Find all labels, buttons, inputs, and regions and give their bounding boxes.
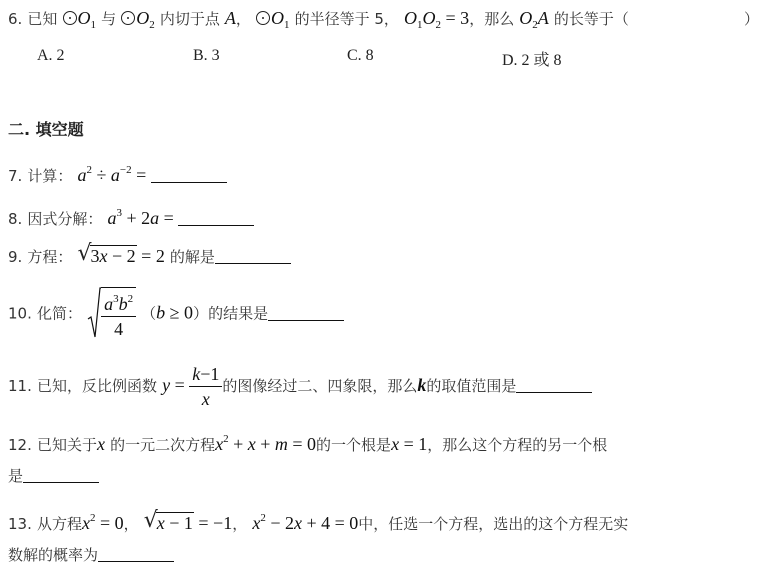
square-root: √3x − 2 [78,245,137,267]
question-number: 13. [8,515,32,533]
answer-blank[interactable] [151,166,227,183]
option-d[interactable]: D. 2 或 8 [502,47,562,70]
question-number: 7. [8,167,22,185]
question-9: 9. 方程： √3x − 2 = 2 的解是 [8,245,291,267]
option-b[interactable]: B. 3 [193,47,220,65]
question-6: 6. 已知 O1 与 O2 内切于点 A， O1 的半径等于 5， O1O2 =… [8,8,629,35]
question-12: 12. 已知关于x 的一元二次方程x2 + x + m = 0的一个根是x = … [8,429,607,455]
radical-sign-icon: √ [78,244,92,264]
question-number: 6. [8,10,22,28]
question-number: 8. [8,210,22,228]
question-13-continued: 数解的概率为 [8,545,174,565]
question-10: 10. 化简： a3b2 4 （b ≥ 0）的结果是 [8,287,344,341]
fraction: k−1x [189,363,222,411]
square-root: √x − 1 [144,512,194,534]
answer-paren-close: ） [744,8,759,29]
square-root: a3b2 4 [87,287,136,341]
question-number: 12. [8,436,32,454]
answer-blank[interactable] [215,247,291,264]
radical-sign-icon [87,287,101,339]
question-number: 9. [8,248,22,266]
circle-dot-icon [121,11,135,25]
question-12-continued: 是 [8,466,99,486]
answer-blank[interactable] [268,304,344,321]
question-number: 11. [8,377,32,395]
question-8: 8. 因式分解： a3 + 2a = [8,203,254,229]
option-c[interactable]: C. 8 [347,47,374,65]
answer-blank[interactable] [23,466,99,483]
section-title: 二. 填空题 [8,117,84,140]
radical-sign-icon: √ [144,511,158,531]
question-number: 10. [8,305,32,323]
question-7: 7. 计算： a2 ÷ a−2 = [8,160,227,186]
question-13: 13. 从方程x2 = 0， √x − 1 = −1， x2 − 2x + 4 … [8,508,628,534]
option-a[interactable]: A. 2 [37,47,65,65]
question-11: 11. 已知，反比例函数 y = k−1x的图像经过二、四象限，那么k的取值范围… [8,360,592,411]
answer-blank[interactable] [516,376,592,393]
fraction: a3b2 4 [101,288,136,341]
circle-dot-icon [256,11,270,25]
answer-blank[interactable] [178,209,254,226]
answer-blank[interactable] [98,545,174,562]
circle-dot-icon [63,11,77,25]
